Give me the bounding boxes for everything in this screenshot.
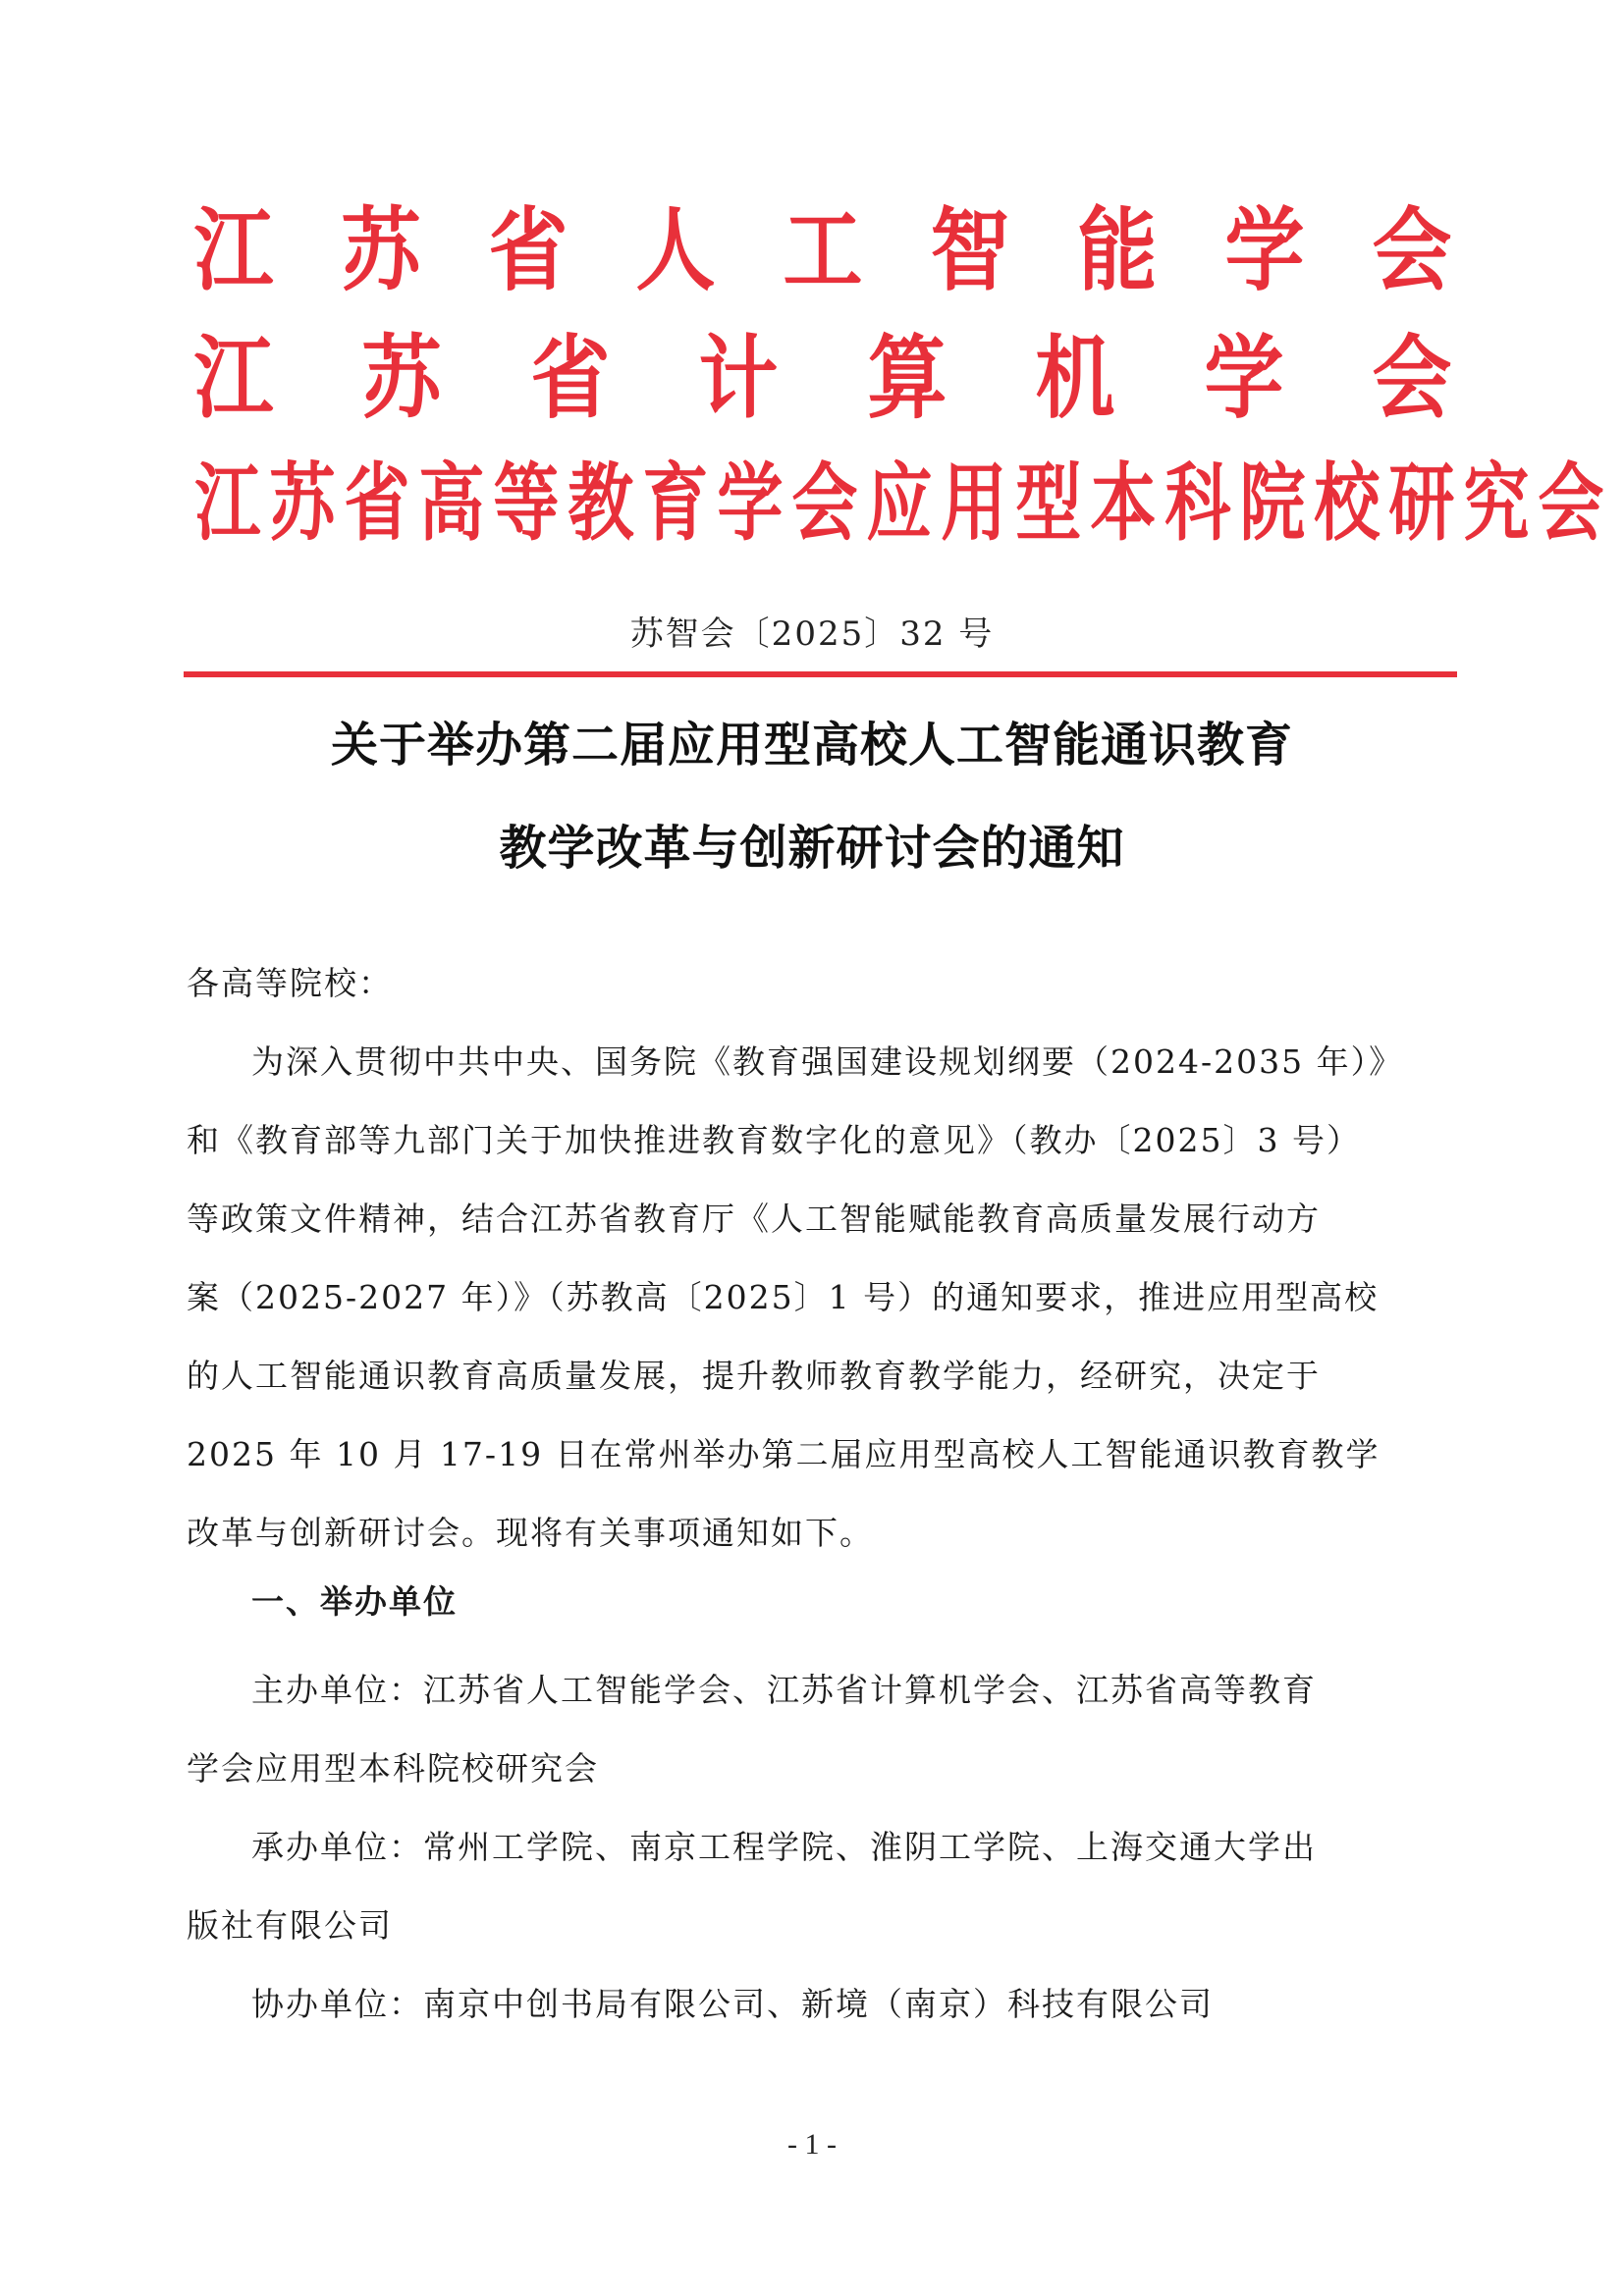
letterhead-char: 学	[1202, 333, 1284, 423]
letterhead-char: 算	[865, 333, 947, 423]
letterhead-char: 育	[642, 461, 700, 546]
letterhead-char: 会	[1371, 205, 1453, 295]
notice-title-line-1: 关于举办第二届应用型高校人工智能通识教育	[0, 721, 1624, 769]
letterhead-char: 应	[866, 461, 924, 546]
org-name-higher-ed-society: 江苏省高等教育学会应用型本科院校研究会	[187, 456, 1459, 550]
intro-line-3: 等政策文件精神，结合江苏省教育厅《人工智能赋能教育高质量发展行动方	[187, 1202, 1321, 1235]
letterhead-char: 究	[1463, 461, 1521, 546]
intro-line-1: 为深入贯彻中共中央、国务院《教育强国建设规划纲要（2024-2035 年）》	[251, 1045, 1403, 1078]
letterhead-char: 江	[194, 461, 252, 546]
letterhead-char: 学	[1223, 205, 1306, 295]
letterhead-char: 人	[634, 205, 717, 295]
letterhead-char: 院	[1239, 461, 1297, 546]
letterhead-char: 计	[697, 333, 780, 423]
organizer-units-line-2: 版社有限公司	[187, 1909, 393, 1942]
letterhead-char: 工	[782, 205, 864, 295]
letterhead-char: 研	[1388, 461, 1446, 546]
section-heading-organizers: 一、举办单位	[251, 1585, 458, 1618]
letterhead-char: 苏	[269, 461, 327, 546]
letterhead-char: 省	[344, 461, 402, 546]
org-name-ai-society: 江苏省人工智能学会	[187, 201, 1459, 299]
letterhead-char: 江	[192, 205, 275, 295]
salutation: 各高等院校：	[187, 967, 393, 999]
letterhead-char: 科	[1164, 461, 1222, 546]
intro-line-6: 2025 年 10 月 17-19 日在常州举办第二届应用型高校人工智能通识教育…	[187, 1438, 1380, 1470]
letterhead-char: 会	[791, 461, 849, 546]
document-page: 江苏省人工智能学会 江苏省计算机学会 江苏省高等教育学会应用型本科院校研究会 苏…	[0, 0, 1624, 2296]
org-name-computer-society: 江苏省计算机学会	[187, 329, 1459, 427]
intro-line-5: 的人工智能通识教育高质量发展，提升教师教育教学能力，经研究，决定于	[187, 1360, 1321, 1392]
letterhead-char: 省	[529, 333, 612, 423]
red-divider-line	[184, 671, 1457, 677]
letterhead-char: 等	[493, 461, 551, 546]
document-number: 苏智会〔2025〕32 号	[0, 607, 1624, 655]
letterhead-char: 苏	[360, 333, 443, 423]
intro-line-7: 改革与创新研讨会。现将有关事项通知如下。	[187, 1517, 874, 1549]
letterhead-char: 江	[192, 333, 275, 423]
letterhead-char: 会	[1371, 333, 1453, 423]
letterhead-char: 型	[1015, 461, 1073, 546]
letterhead-char: 学	[717, 461, 775, 546]
letterhead-char: 会	[1538, 461, 1596, 546]
notice-title-line-2: 教学改革与创新研讨会的通知	[0, 825, 1624, 872]
organizer-units-line-1: 承办单位：常州工学院、南京工程学院、淮阴工学院、上海交通大学出	[251, 1831, 1317, 1863]
page-number: - 1 -	[0, 2128, 1624, 2162]
letterhead-char: 苏	[340, 205, 422, 295]
letterhead-char: 用	[941, 461, 999, 546]
intro-line-2: 和《教育部等九部门关于加快推进教育数字化的意见》（教办〔2025〕3 号）	[187, 1124, 1361, 1156]
letterhead-char: 校	[1314, 461, 1372, 546]
letterhead-char: 省	[487, 205, 569, 295]
co-organizer-units: 协办单位：南京中创书局有限公司、新境（南京）科技有限公司	[251, 1988, 1214, 2020]
letterhead-char: 智	[929, 205, 1011, 295]
intro-line-4: 案（2025-2027 年）》（苏教高〔2025〕1 号）的通知要求，推进应用型…	[187, 1281, 1379, 1313]
letterhead-char: 教	[568, 461, 625, 546]
letterhead-char: 本	[1090, 461, 1148, 546]
letterhead-char: 机	[1034, 333, 1116, 423]
host-units-line-2: 学会应用型本科院校研究会	[187, 1752, 599, 1785]
letterhead-char: 高	[418, 461, 476, 546]
letterhead-char: 能	[1076, 205, 1159, 295]
host-units-line-1: 主办单位：江苏省人工智能学会、江苏省计算机学会、江苏省高等教育	[251, 1674, 1317, 1706]
